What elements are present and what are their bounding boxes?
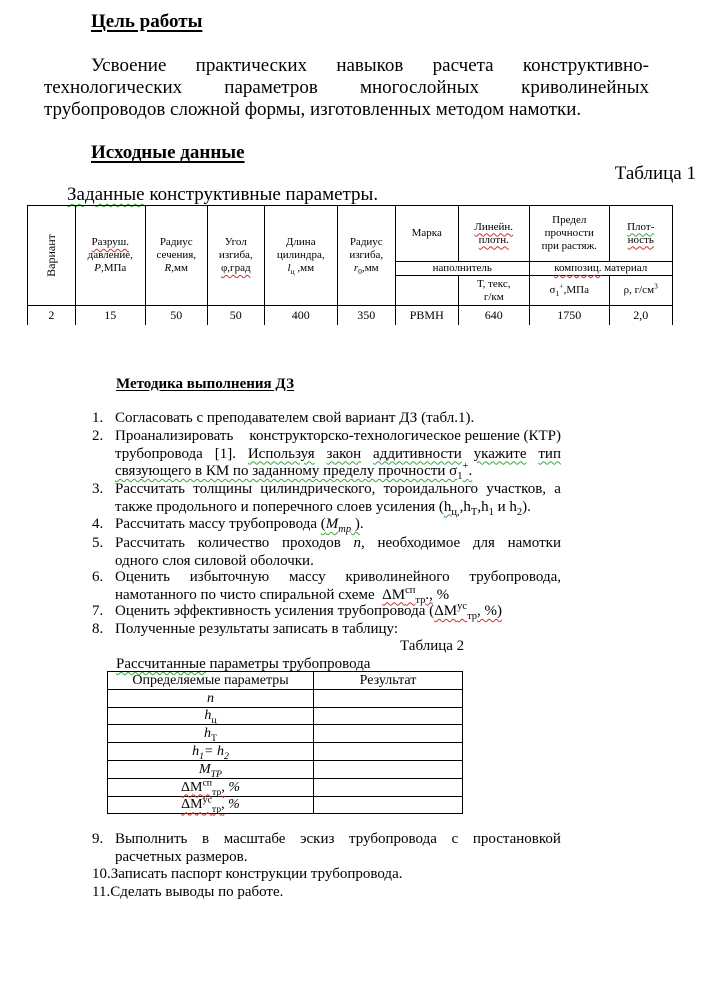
list-item: 2. Проанализироватьконструкторско-технол…: [92, 428, 561, 481]
result-cell[interactable]: [314, 707, 463, 725]
cell-density: 2,0: [609, 306, 672, 326]
header-sigma: σ1+,МПа: [529, 276, 609, 306]
param-h-tor: hТ: [108, 725, 314, 743]
header-brand: Марка: [395, 206, 458, 262]
cell-variant: 2: [28, 306, 76, 326]
param-n: n: [108, 689, 314, 707]
list-item: 4. Рассчитать массу трубопровода (Mтр ).: [92, 516, 561, 534]
header-empty: [395, 276, 458, 306]
header-strength: Предел прочности при растяж.: [529, 206, 609, 262]
table-row: ΔMсптр, %: [108, 778, 463, 796]
table-row: hц: [108, 707, 463, 725]
header-tex: Т, текс, г/км: [458, 276, 529, 306]
list-item: 5. Рассчитатьколичествопроходовn,необход…: [92, 535, 561, 570]
list-item: 9. Выполнитьвмасштабеэскизтрубопроводасп…: [92, 831, 561, 866]
header-composite: композиц. материал: [529, 262, 672, 276]
list-item: 6. Оценитьизбыточнуюмассукриволинейногот…: [92, 569, 561, 604]
result-cell[interactable]: [314, 743, 463, 761]
cell-bend-angle: 50: [207, 306, 264, 326]
method-heading: Методика выполнения ДЗ: [116, 376, 294, 393]
goal-heading: Цель работы: [91, 11, 202, 33]
table-row: h1= h2: [108, 743, 463, 761]
initial-heading: Исходные данные: [91, 142, 245, 164]
table1-label: Таблица 1: [615, 163, 696, 185]
table-row: hТ: [108, 725, 463, 743]
goal-paragraph: Усвоение практических навыков расчета ко…: [44, 55, 649, 121]
header-bend-angle: Угол изгиба, φ,град: [207, 206, 264, 306]
result-cell[interactable]: [314, 778, 463, 796]
header-parameters: Определяемые параметры: [108, 672, 314, 690]
goal-line-1: Усвоение практических навыков расчета ко…: [91, 55, 649, 77]
table-row: 2 15 50 50 400 350 РВМН 640 1750 2,0: [28, 306, 673, 326]
table-row: ΔMустр, %: [108, 796, 463, 814]
cell-pressure: 15: [75, 306, 145, 326]
table2-label: Таблица 2: [400, 638, 464, 656]
list-item: 10.Записать паспорт конструкции трубопро…: [92, 866, 402, 884]
result-cell[interactable]: [314, 796, 463, 814]
param-reinforcement: ΔMустр, %: [108, 796, 314, 814]
header-section-radius: Радиус сечения, R,мм: [145, 206, 207, 306]
cell-cylinder-length: 400: [264, 306, 337, 326]
result-cell[interactable]: [314, 725, 463, 743]
list-item: 3. Рассчитатьтолщиныцилиндрического,торо…: [92, 481, 561, 516]
header-pressure: Разруш. давление, P,МПа: [75, 206, 145, 306]
goal-line-3: трубопроводов сложной формы, изготовленн…: [44, 99, 649, 121]
header-result: Результат: [314, 672, 463, 690]
cell-strength: 1750: [529, 306, 609, 326]
cell-section-radius: 50: [145, 306, 207, 326]
table1-caption: Заданные конструктивные параметры.: [67, 184, 378, 206]
header-bend-radius: Радиус изгиба, r0,мм: [337, 206, 395, 306]
param-h-cyl: hц: [108, 707, 314, 725]
list-item: 8. Полученные результаты записать в табл…: [92, 621, 561, 639]
header-rho: ρ, г/см3: [609, 276, 672, 306]
table-row: MТР: [108, 760, 463, 778]
list-item: 1. Согласовать с преподавателем свой вар…: [92, 410, 561, 428]
table-row: n: [108, 689, 463, 707]
result-cell[interactable]: [314, 760, 463, 778]
header-linear-density: Линейн. плотн.: [458, 206, 529, 262]
list-item: 11.Сделать выводы по работе.: [92, 884, 283, 902]
header-variant: Вариант: [28, 206, 76, 306]
cell-linear-density: 640: [458, 306, 529, 326]
header-cylinder-length: Длина цилиндра, lц ,мм: [264, 206, 337, 306]
header-filler: наполнитель: [395, 262, 529, 276]
goal-line-2: технологических параметров многослойных …: [44, 77, 649, 99]
table1-design-parameters: Вариант Разруш. давление, P,МПа Радиус с…: [27, 205, 673, 325]
cell-bend-radius: 350: [337, 306, 395, 326]
param-h1-h2: h1= h2: [108, 743, 314, 761]
result-cell[interactable]: [314, 689, 463, 707]
header-density: Плот- ность: [609, 206, 672, 262]
list-item: 7. Оценить эффективность усиления трубоп…: [92, 603, 561, 621]
param-mass: MТР: [108, 760, 314, 778]
cell-brand: РВМН: [395, 306, 458, 326]
param-excess-mass: ΔMсптр, %: [108, 778, 314, 796]
table2-calculated-parameters: Определяемые параметры Результат n hц hТ…: [107, 671, 463, 814]
